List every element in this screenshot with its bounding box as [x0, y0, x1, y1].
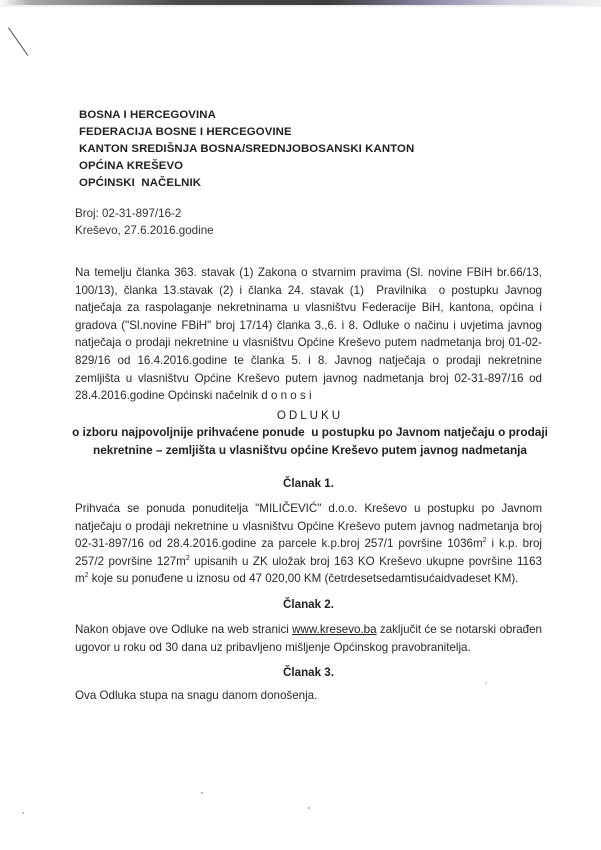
letterhead-line: OPĆINSKI NAČELNIK — [79, 175, 414, 192]
article-2-text: Nakon objave ove Odluke na web stranici … — [75, 621, 542, 656]
reference-number: Broj: 02-31-897/16-2 — [75, 205, 214, 222]
website-link[interactable]: www.kresevo.ba — [292, 623, 376, 636]
document-meta: Broj: 02-31-897/16-2 Kreševo, 27.6.2016.… — [75, 205, 214, 239]
article-2-heading: Članak 2. — [75, 598, 542, 611]
letterhead-line: OPĆINA KREŠEVO — [79, 158, 414, 175]
letterhead: BOSNA I HERCEGOVINA FEDERACIJA BOSNE I H… — [79, 107, 414, 192]
pen-mark — [8, 27, 29, 56]
article-1-heading: Članak 1. — [75, 477, 542, 490]
scan-speck — [308, 807, 310, 809]
letterhead-line: BOSNA I HERCEGOVINA — [79, 107, 414, 124]
article-3-text: Ova Odluka stupa na snagu danom donošenj… — [75, 689, 317, 702]
decision-title: ODLUKU — [60, 408, 560, 424]
article-1-text-part: koje su ponuđene u iznosu od 47 020,00 K… — [89, 572, 519, 585]
letterhead-line: FEDERACIJA BOSNE I HERCEGOVINE — [79, 124, 414, 141]
decision-subtitle: o izboru najpovoljnije prihvaćene ponude… — [60, 424, 560, 459]
article-2-text-part: Nakon objave ove Odluke na web stranici — [75, 623, 292, 636]
article-3-heading: Članak 3. — [75, 666, 542, 679]
decision-subtitle-line: o izboru najpovoljnije prihvaćene ponude… — [60, 424, 560, 442]
preamble-paragraph: Na temelju članka 363. stavak (1) Zakona… — [75, 264, 542, 405]
place-date: Kreševo, 27.6.2016.godine — [75, 222, 214, 239]
scan-speck — [22, 812, 24, 814]
article-1-text-part: Prihvaća se ponuda ponuditelja "MILIČEVI… — [75, 502, 542, 550]
scan-top-edge-shadow — [0, 5, 601, 7]
scan-speck — [201, 792, 203, 794]
letterhead-line: KANTON SREDIŠNJA BOSNA/SREDNJOBOSANSKI K… — [79, 141, 414, 158]
decision-subtitle-line: nekretnine – zemljišta u vlasništvu opći… — [60, 442, 560, 460]
article-1-text: Prihvaća se ponuda ponuditelja "MILIČEVI… — [75, 500, 542, 588]
scan-speck — [485, 682, 487, 684]
